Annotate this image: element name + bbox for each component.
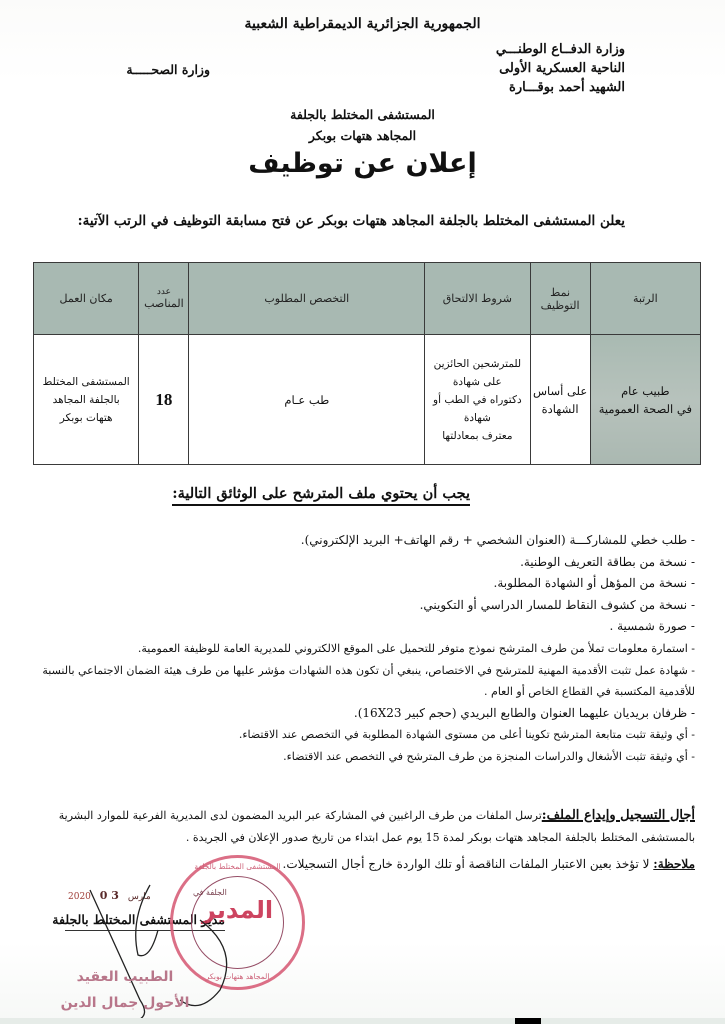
workplace-line: هتهات بوبكر (34, 409, 138, 427)
intro-paragraph: يعلن المستشفى المختلط بالجلفة المجاهد هت… (78, 213, 625, 229)
list-item: - صورة شمسية . (35, 616, 695, 638)
conditions-line: دكتوراه في الطب أو شهادة (425, 391, 529, 427)
conditions-line: للمترشحين الحائزين على شهادة (425, 355, 529, 391)
col-header-mode: نمط التوظيف (530, 263, 590, 335)
list-item: - شهادة عمل تثبت الأقدمية المهنية للمترش… (35, 660, 695, 703)
col-header-workplace: مكان العمل (34, 263, 139, 335)
workplace-line: المستشفى المختلط (34, 373, 138, 391)
ministry-defense-line: وزارة الدفــاع الوطنـــي (465, 40, 625, 59)
list-item: - طلب خطي للمشاركـــة (العنوان الشخصي + … (35, 530, 695, 552)
signer-name-block: الطبيب العقيد الأحول جمال الدين (50, 964, 200, 1016)
col-header-conditions: شروط الالتحاق (425, 263, 530, 335)
hospital-name-block: المستشفى المختلط بالجلفة المجاهد هتهات ب… (0, 104, 725, 146)
mode-line: الشهادة (531, 400, 590, 418)
cell-positions-count: 18 (139, 335, 189, 465)
page-title: إعلان عن توظيف (0, 148, 725, 179)
stamp-ring-top-text: المستشفى المختلط بالجلفة (173, 862, 302, 871)
positions-header-line1: عدد (139, 287, 188, 297)
list-item: - استمارة معلومات تملأ من طرف المترشح نم… (35, 638, 695, 660)
table-row: طبيب عام في الصحة العمومية على أساس الشه… (34, 335, 701, 465)
hospital-name-line: المستشفى المختلط بالجلفة (0, 104, 725, 125)
hospital-honoree-line: المجاهد هتهات بوبكر (0, 125, 725, 146)
deadline-paragraph: أجال التسجيل وإيداع الملف:ترسل الملفات م… (25, 805, 695, 849)
cell-rank: طبيب عام في الصحة العمومية (590, 335, 700, 465)
note-label: ملاحظة: (653, 857, 695, 871)
documents-list: - طلب خطي للمشاركـــة (العنوان الشخصي + … (35, 530, 695, 768)
signer-name: الأحول جمال الدين (50, 990, 200, 1016)
signer-rank: الطبيب العقيد (50, 964, 200, 990)
republic-heading: الجمهورية الجزائرية الديمقراطية الشعبية (0, 16, 725, 32)
workplace-line: بالجلفة المجاهد (34, 391, 138, 409)
col-header-rank: الرتبة (590, 263, 700, 335)
note-paragraph: ملاحظة: لا تؤخذ بعين الاعتبار الملفات ال… (25, 857, 695, 871)
list-item: - ظرفان بريديان عليهما العنوان والطابع ا… (35, 703, 695, 725)
list-item: - أي وثيقة تثبت متابعة المترشح تكوينا أع… (35, 724, 695, 746)
deadline-label: أجال التسجيل وإيداع الملف: (542, 808, 695, 823)
mode-line: على أساس (531, 382, 590, 400)
conditions-line: معترف بمعادلتها (425, 427, 529, 445)
page-bottom-edge (0, 1018, 725, 1024)
note-text: لا تؤخذ بعين الاعتبار الملفات الناقصة أو… (283, 857, 654, 871)
martyr-name-line: الشهيد أحمد بوقـــارة (465, 78, 625, 97)
cell-workplace: المستشفى المختلط بالجلفة المجاهد هتهات ب… (34, 335, 139, 465)
rank-line: طبيب عام (591, 382, 700, 400)
ministry-defense-block: وزارة الدفــاع الوطنـــي الناحية العسكري… (465, 40, 625, 97)
list-item: - نسخة من بطاقة التعريف الوطنية. (35, 552, 695, 574)
positions-table: الرتبة نمط التوظيف شروط الالتحاق التخصص … (33, 262, 701, 465)
cell-conditions: للمترشحين الحائزين على شهادة دكتوراه في … (425, 335, 530, 465)
cell-mode: على أساس الشهادة (530, 335, 590, 465)
redaction-block (515, 1018, 541, 1024)
list-item: - نسخة من المؤهل أو الشهادة المطلوبة. (35, 573, 695, 595)
table-header-row: الرتبة نمط التوظيف شروط الالتحاق التخصص … (34, 263, 701, 335)
list-item: - نسخة من كشوف النقاط للمسار الدراسي أو … (35, 595, 695, 617)
cell-specialty: طب عـام (189, 335, 425, 465)
military-region-line: الناحية العسكرية الأولى (465, 59, 625, 78)
ministry-health-label: وزارة الصحـــــة (70, 62, 210, 77)
col-header-specialty: التخصص المطلوب (189, 263, 425, 335)
col-header-positions: عدد المناصب (139, 263, 189, 335)
list-item: - أي وثيقة تثبت الأشغال والدراسات المنجز… (35, 746, 695, 768)
documents-heading: يجب أن يحتوي ملف المترشح على الوثائق الت… (172, 485, 470, 506)
rank-line: في الصحة العمومية (591, 400, 700, 418)
announcement-page: الجمهورية الجزائرية الديمقراطية الشعبية … (0, 0, 725, 1024)
positions-header-line2: المناصب (139, 297, 188, 310)
